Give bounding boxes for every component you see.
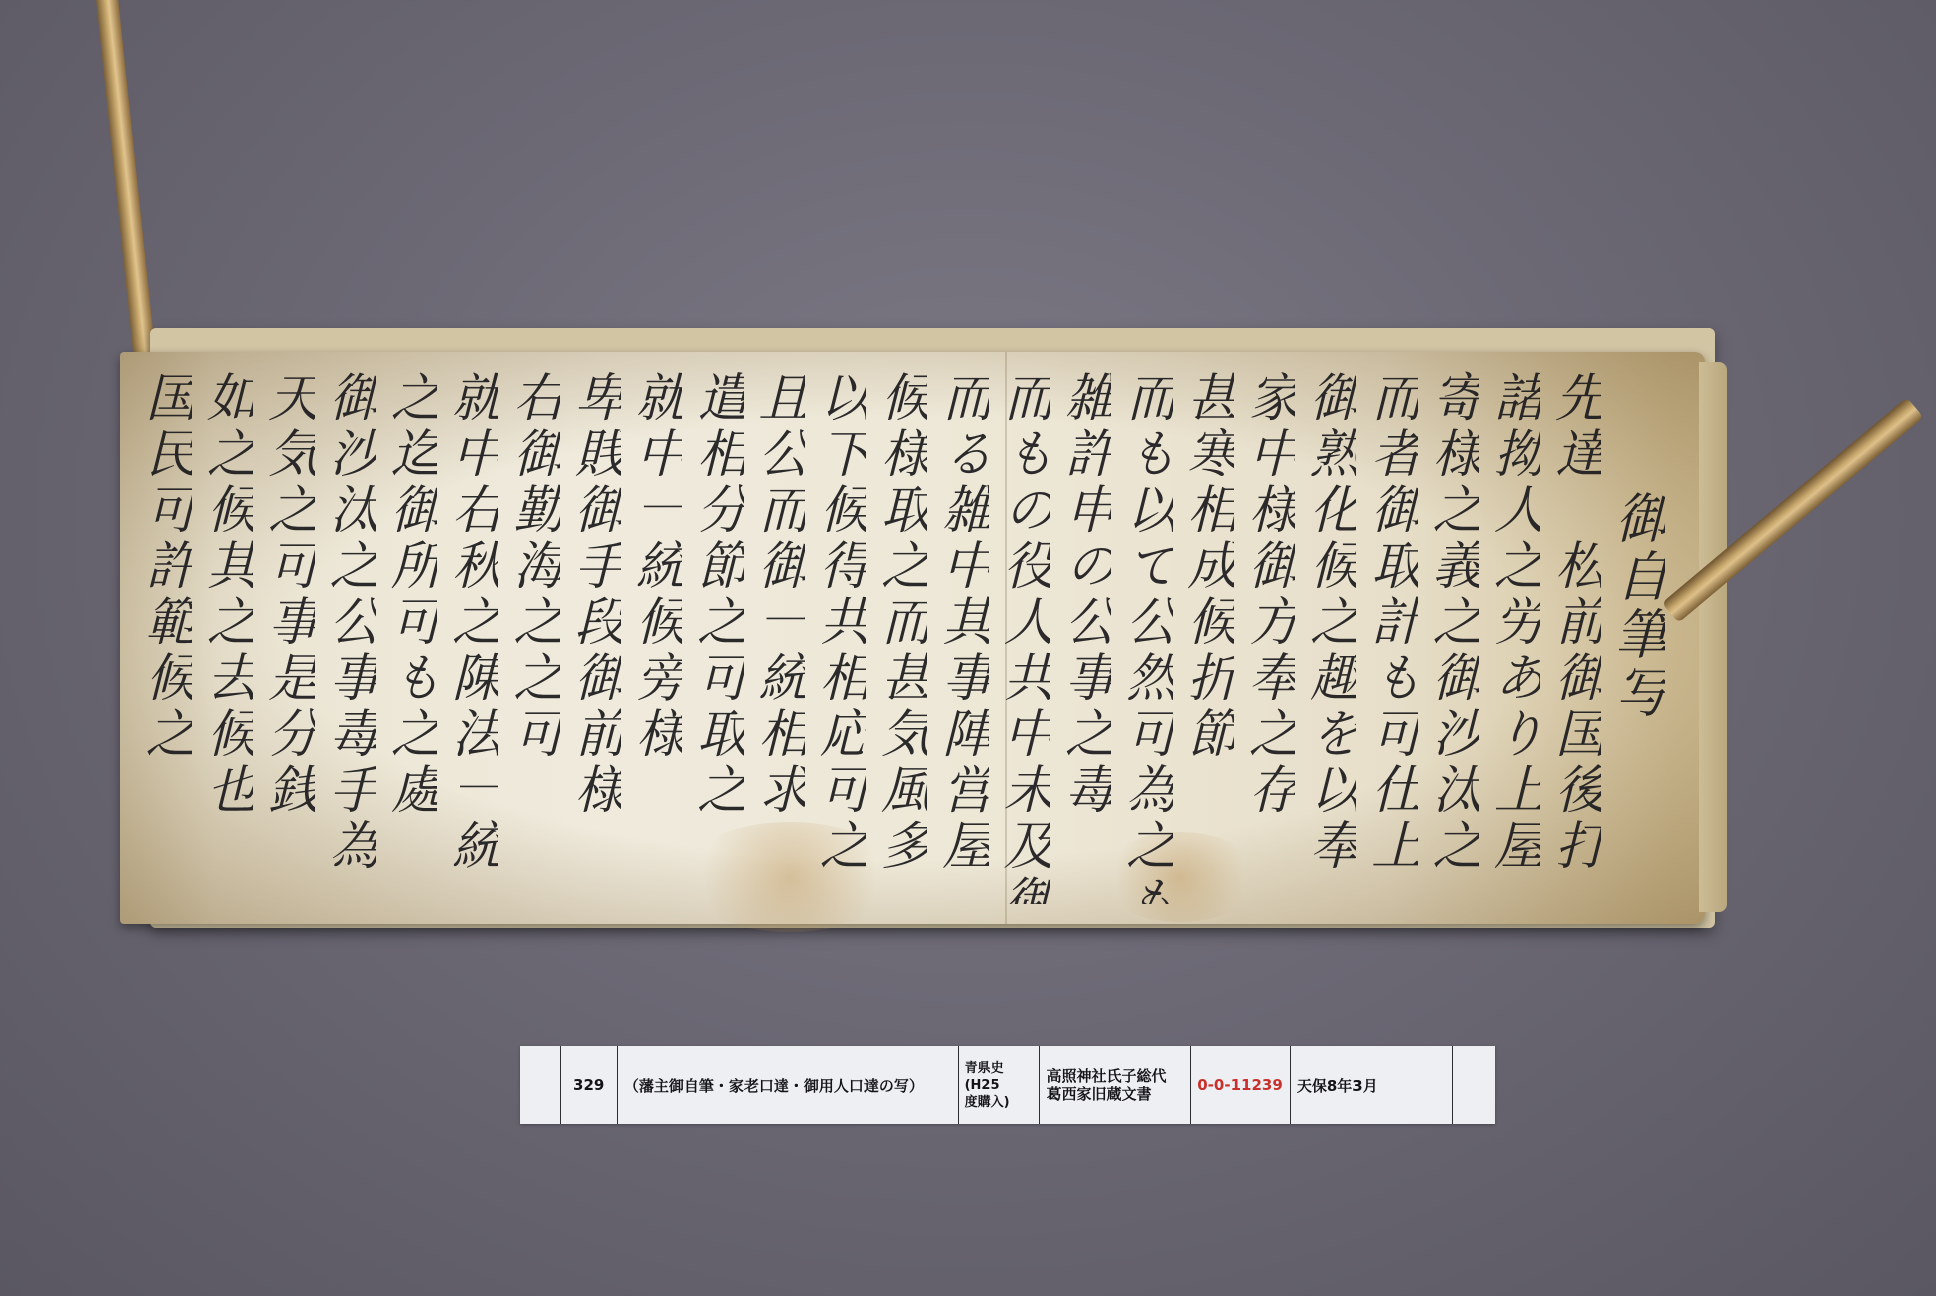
label-item-title: （藩主御自筆・家老口達・御用人口達の写） <box>617 1046 958 1124</box>
manuscript-page: 御自筆写 先達 松前御国後打 諸拗人之労あり上屋 寄様之義之御沙汰之 而者御取計… <box>120 352 1705 924</box>
label-blank-cell <box>1452 1046 1495 1124</box>
label-blank-cell <box>520 1046 560 1124</box>
manuscript-column: 就中一統候旁様 <box>630 370 682 904</box>
label-source-line1: 青県史(H25 <box>965 1060 1034 1094</box>
manuscript-column: 家中様御方奉之存 <box>1243 370 1295 904</box>
manuscript-column: 右御勤海之之可 <box>508 370 560 904</box>
manuscript-column: 如之候其之去候也 <box>201 370 253 904</box>
label-source: 青県史(H25 度購入) <box>958 1046 1040 1124</box>
manuscript-text: 御自筆写 先達 松前御国後打 諸拗人之労あり上屋 寄様之義之御沙汰之 而者御取計… <box>140 370 1665 904</box>
manuscript-column: 寄様之義之御沙汰之 <box>1427 370 1479 904</box>
manuscript-column: 候様取之而甚気風多 <box>875 370 927 904</box>
page-stack-edge <box>1699 362 1727 912</box>
manuscript-column: 而も以て公然可為之も <box>1121 370 1173 904</box>
manuscript-column: 御熟化候之趣を以奉 <box>1304 370 1356 904</box>
label-owner-line1: 高照神社氏子総代 <box>1046 1067 1166 1085</box>
manuscript-column: 之迄御所可も之處 <box>385 370 437 904</box>
label-source-line2: 度購入) <box>965 1094 1034 1111</box>
manuscript-column: 天気之可事是分銭 <box>263 370 315 904</box>
label-date: 天保8年3月 <box>1290 1046 1453 1124</box>
manuscript-column: 遣相分節之可取之 <box>692 370 744 904</box>
manuscript-column: 甚寒相成候折節 <box>1182 370 1234 904</box>
manuscript-title: 御自筆写 <box>1611 490 1665 904</box>
manuscript-column: 而者御取計も可仕上 <box>1366 370 1418 904</box>
manuscript-column: 国民可許範候之 <box>140 370 192 904</box>
label-owner-line2: 葛西家旧蔵文書 <box>1046 1085 1166 1103</box>
label-owner: 高照神社氏子総代 葛西家旧蔵文書 <box>1039 1046 1190 1124</box>
manuscript-column: 諸拗人之労あり上屋 <box>1488 370 1540 904</box>
catalog-label: 329 （藩主御自筆・家老口達・御用人口達の写） 青県史(H25 度購入) 高照… <box>520 1046 1495 1124</box>
label-item-number: 329 <box>560 1046 617 1124</box>
manuscript-column: 以下候得共相応可之 <box>814 370 866 904</box>
manuscript-column: 御沙汰之公事毒手為 <box>324 370 376 904</box>
manuscript-column: 雑許申の公事之毒 <box>1059 370 1111 904</box>
label-catalog-code: 0-0-11239 <box>1190 1046 1290 1124</box>
manuscript-column: 卑賎御手段御前様 <box>569 370 621 904</box>
manuscript-column: 先達 松前御国後打 <box>1549 370 1601 904</box>
manuscript-column: 且公而御一統相求 <box>753 370 805 904</box>
bamboo-stick-left <box>94 0 156 358</box>
manuscript-column: 而もの役人共中未及御 <box>998 370 1050 904</box>
manuscript-column: 就中右秋之陳法一統 <box>446 370 498 904</box>
manuscript-column: 而る雑中其事陣営屋 <box>937 370 989 904</box>
